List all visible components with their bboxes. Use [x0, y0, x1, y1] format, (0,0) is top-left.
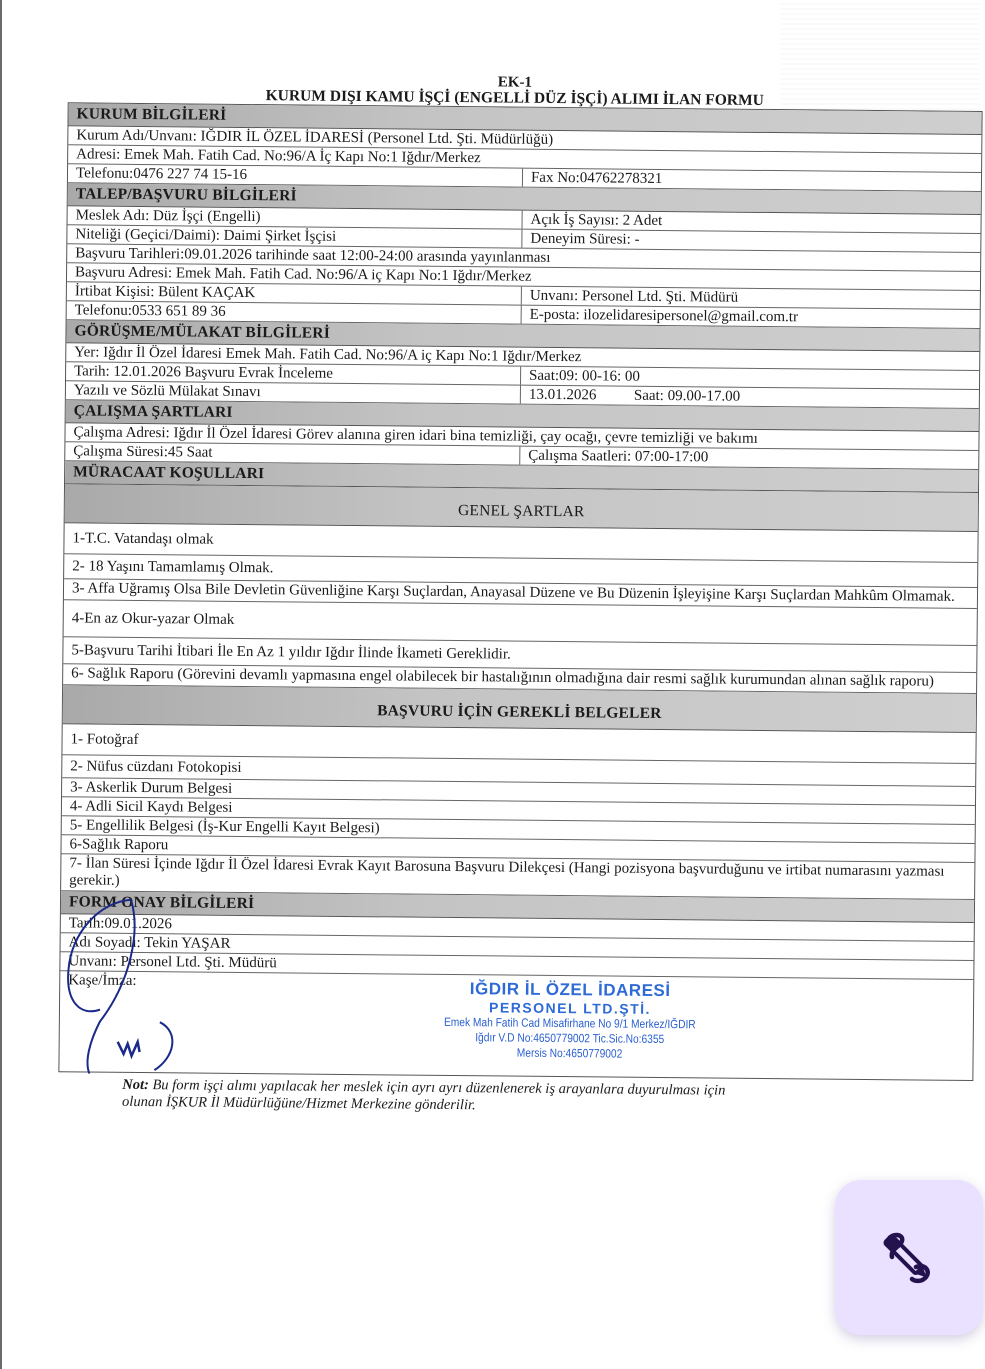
edit-pen-icon — [878, 1227, 940, 1289]
onay-seal-row: Kaşe/İmza: IĞDIR İL ÖZEL İDARESİ PERSONE… — [59, 971, 973, 1080]
signature-icon — [59, 891, 231, 1083]
seal-area: Kaşe/İmza: IĞDIR İL ÖZEL İDARESİ PERSONE… — [59, 971, 973, 1080]
profession-text: Meslek Adı: Düz İşçi (Engelli) — [76, 207, 261, 225]
footer-note: Not: Bu form işçi alımı yapılacak her me… — [122, 1077, 902, 1118]
stamp-line-5: Mersis No:4650779002 — [442, 1045, 697, 1062]
company-stamp: IĞDIR İL ÖZEL İDARESİ PERSONEL LTD.ŞTİ. … — [420, 979, 721, 1063]
interview-date-2: 13.01.2026 — [529, 387, 597, 404]
document-page: EK-1 KURUM DIŞI KAMU İŞÇİ (ENGELLİ DÜZ İ… — [30, 70, 960, 1119]
interview-time-2: Saat: 09.00-17.00 — [634, 388, 740, 405]
announcement-form: KURUM BİLGİLERİ Kurum Adı/Unvanı: IĞDIR … — [58, 102, 982, 1081]
page-edge — [0, 0, 2, 1369]
edit-fab-button[interactable] — [835, 1180, 983, 1335]
note-text-2: olunan İŞKUR İl Müdürlüğüne/Hizmet Merke… — [122, 1094, 476, 1113]
